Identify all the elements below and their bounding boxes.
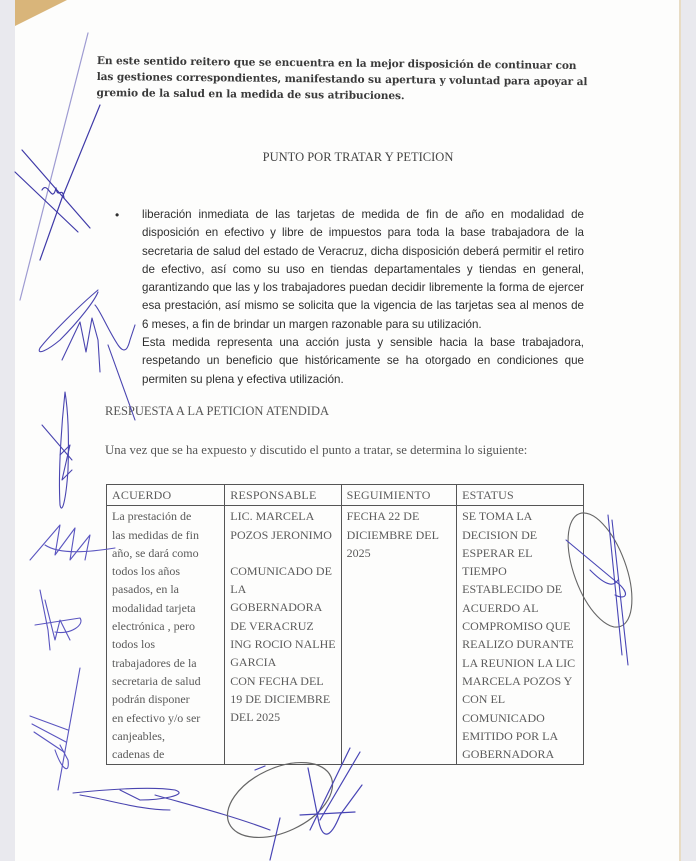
header-seguimiento: SEGUIMIENTO: [341, 485, 457, 506]
cell-text-line: COMPROMISO QUE: [462, 617, 578, 635]
agreements-table: ACUERDO RESPONSABLE SEGUIMIENTO ESTATUS …: [106, 484, 584, 765]
cell-text-line: ESTABLECIDO DE: [462, 580, 578, 598]
folded-corner: [15, 0, 67, 26]
cell-text-line: MARCELA POZOS Y: [462, 672, 578, 690]
cell-text-line: TIEMPO: [462, 562, 578, 580]
section-title: PUNTO POR TRATAR Y PETICION: [0, 150, 696, 165]
cell-text-line: cadenas de: [112, 745, 219, 763]
table-row: La prestación delas medidas de finaño, s…: [107, 506, 584, 765]
cell-text-line: todos los: [112, 635, 219, 653]
cell-text-line: ING ROCIO NALHE: [230, 635, 335, 653]
cell-text-line: todos los años: [112, 562, 219, 580]
cell-text-line: COMUNICADO DE: [230, 562, 335, 580]
cell-text-line: GOBERNADORA: [230, 598, 335, 616]
cell-seguimiento: FECHA 22 DEDICIEMBRE DEL2025: [341, 506, 457, 765]
cell-text-line: COMUNICADO: [462, 709, 578, 727]
cell-text-line: 2025: [347, 544, 452, 562]
cell-text-line: EMITIDO POR LA: [462, 727, 578, 745]
response-heading: RESPUESTA A LA PETICION ATENDIDA: [105, 404, 329, 419]
cell-estatus: SE TOMA LADECISION DEESPERAR ELTIEMPOEST…: [457, 506, 584, 765]
petition-paragraph: liberación inmediata de las tarjetas de …: [142, 206, 584, 334]
cell-text-line: La prestación de: [112, 507, 219, 525]
cell-text-line: LA REUNION LA LIC: [462, 654, 578, 672]
petition-justification: Esta medida representa una acción justa …: [142, 334, 584, 389]
cell-text-line: ACUERDO AL: [462, 599, 578, 617]
cell-text-line: GARCIA: [230, 653, 335, 671]
cell-text-line: electrónica , pero: [112, 617, 219, 635]
cell-text-line: canjeables,: [112, 727, 219, 745]
cell-text-line: ESPERAR EL: [462, 544, 578, 562]
cell-text-line: en efectivo y/o ser: [112, 709, 219, 727]
cell-text-line: REALIZO DURANTE: [462, 635, 578, 653]
cell-text-line: pasados, en la: [112, 580, 219, 598]
cell-text-line: secretaria de salud: [112, 672, 219, 690]
cell-text-line: podrán disponer: [112, 690, 219, 708]
cell-text-line: año, se dará como: [112, 544, 219, 562]
cell-text-line: trabajadores de la: [112, 654, 219, 672]
header-acuerdo: ACUERDO: [107, 485, 225, 506]
cell-responsable: LIC. MARCELAPOZOS JERONIMO COMUNICADO DE…: [225, 506, 341, 765]
cell-acuerdo: La prestación delas medidas de finaño, s…: [107, 506, 225, 765]
cell-text-line: 19 DE DICIEMBRE: [230, 690, 335, 708]
cell-text-line: DICIEMBRE DEL: [347, 526, 452, 544]
cell-text-line: DE VERACRUZ: [230, 617, 335, 635]
cell-text-line: DEL 2025: [230, 708, 335, 726]
header-responsable: RESPONSABLE: [225, 485, 341, 506]
cell-text-line: POZOS JERONIMO: [230, 526, 335, 544]
header-estatus: ESTATUS: [457, 485, 584, 506]
cell-text-line: modalidad tarjeta: [112, 599, 219, 617]
cell-text-line: DECISION DE: [462, 526, 578, 544]
cell-text-line: SE TOMA LA: [462, 507, 578, 525]
cell-text-line: CON EL: [462, 690, 578, 708]
petition-list-item: • liberación inmediata de las tarjetas d…: [118, 206, 584, 389]
cell-text-line: GOBERNADORA: [462, 745, 578, 763]
bullet-icon: •: [115, 206, 119, 224]
responsable-name: LIC. MARCELAPOZOS JERONIMO: [230, 507, 335, 544]
intro-paragraph: En este sentido reitero que se encuentra…: [96, 53, 588, 106]
cell-text-line: FECHA 22 DE: [347, 507, 452, 525]
cell-text-line: CON FECHA DEL: [230, 672, 335, 690]
cell-text-line: LA: [230, 580, 335, 598]
responsable-communique: COMUNICADO DELAGOBERNADORADE VERACRUZING…: [230, 562, 335, 727]
cell-text-line: LIC. MARCELA: [230, 507, 335, 525]
response-intro: Una vez que se ha expuesto y discutido e…: [105, 443, 527, 458]
cell-text-line: las medidas de fin: [112, 526, 219, 544]
table-header-row: ACUERDO RESPONSABLE SEGUIMIENTO ESTATUS: [107, 485, 584, 506]
page-edge: [679, 0, 681, 861]
